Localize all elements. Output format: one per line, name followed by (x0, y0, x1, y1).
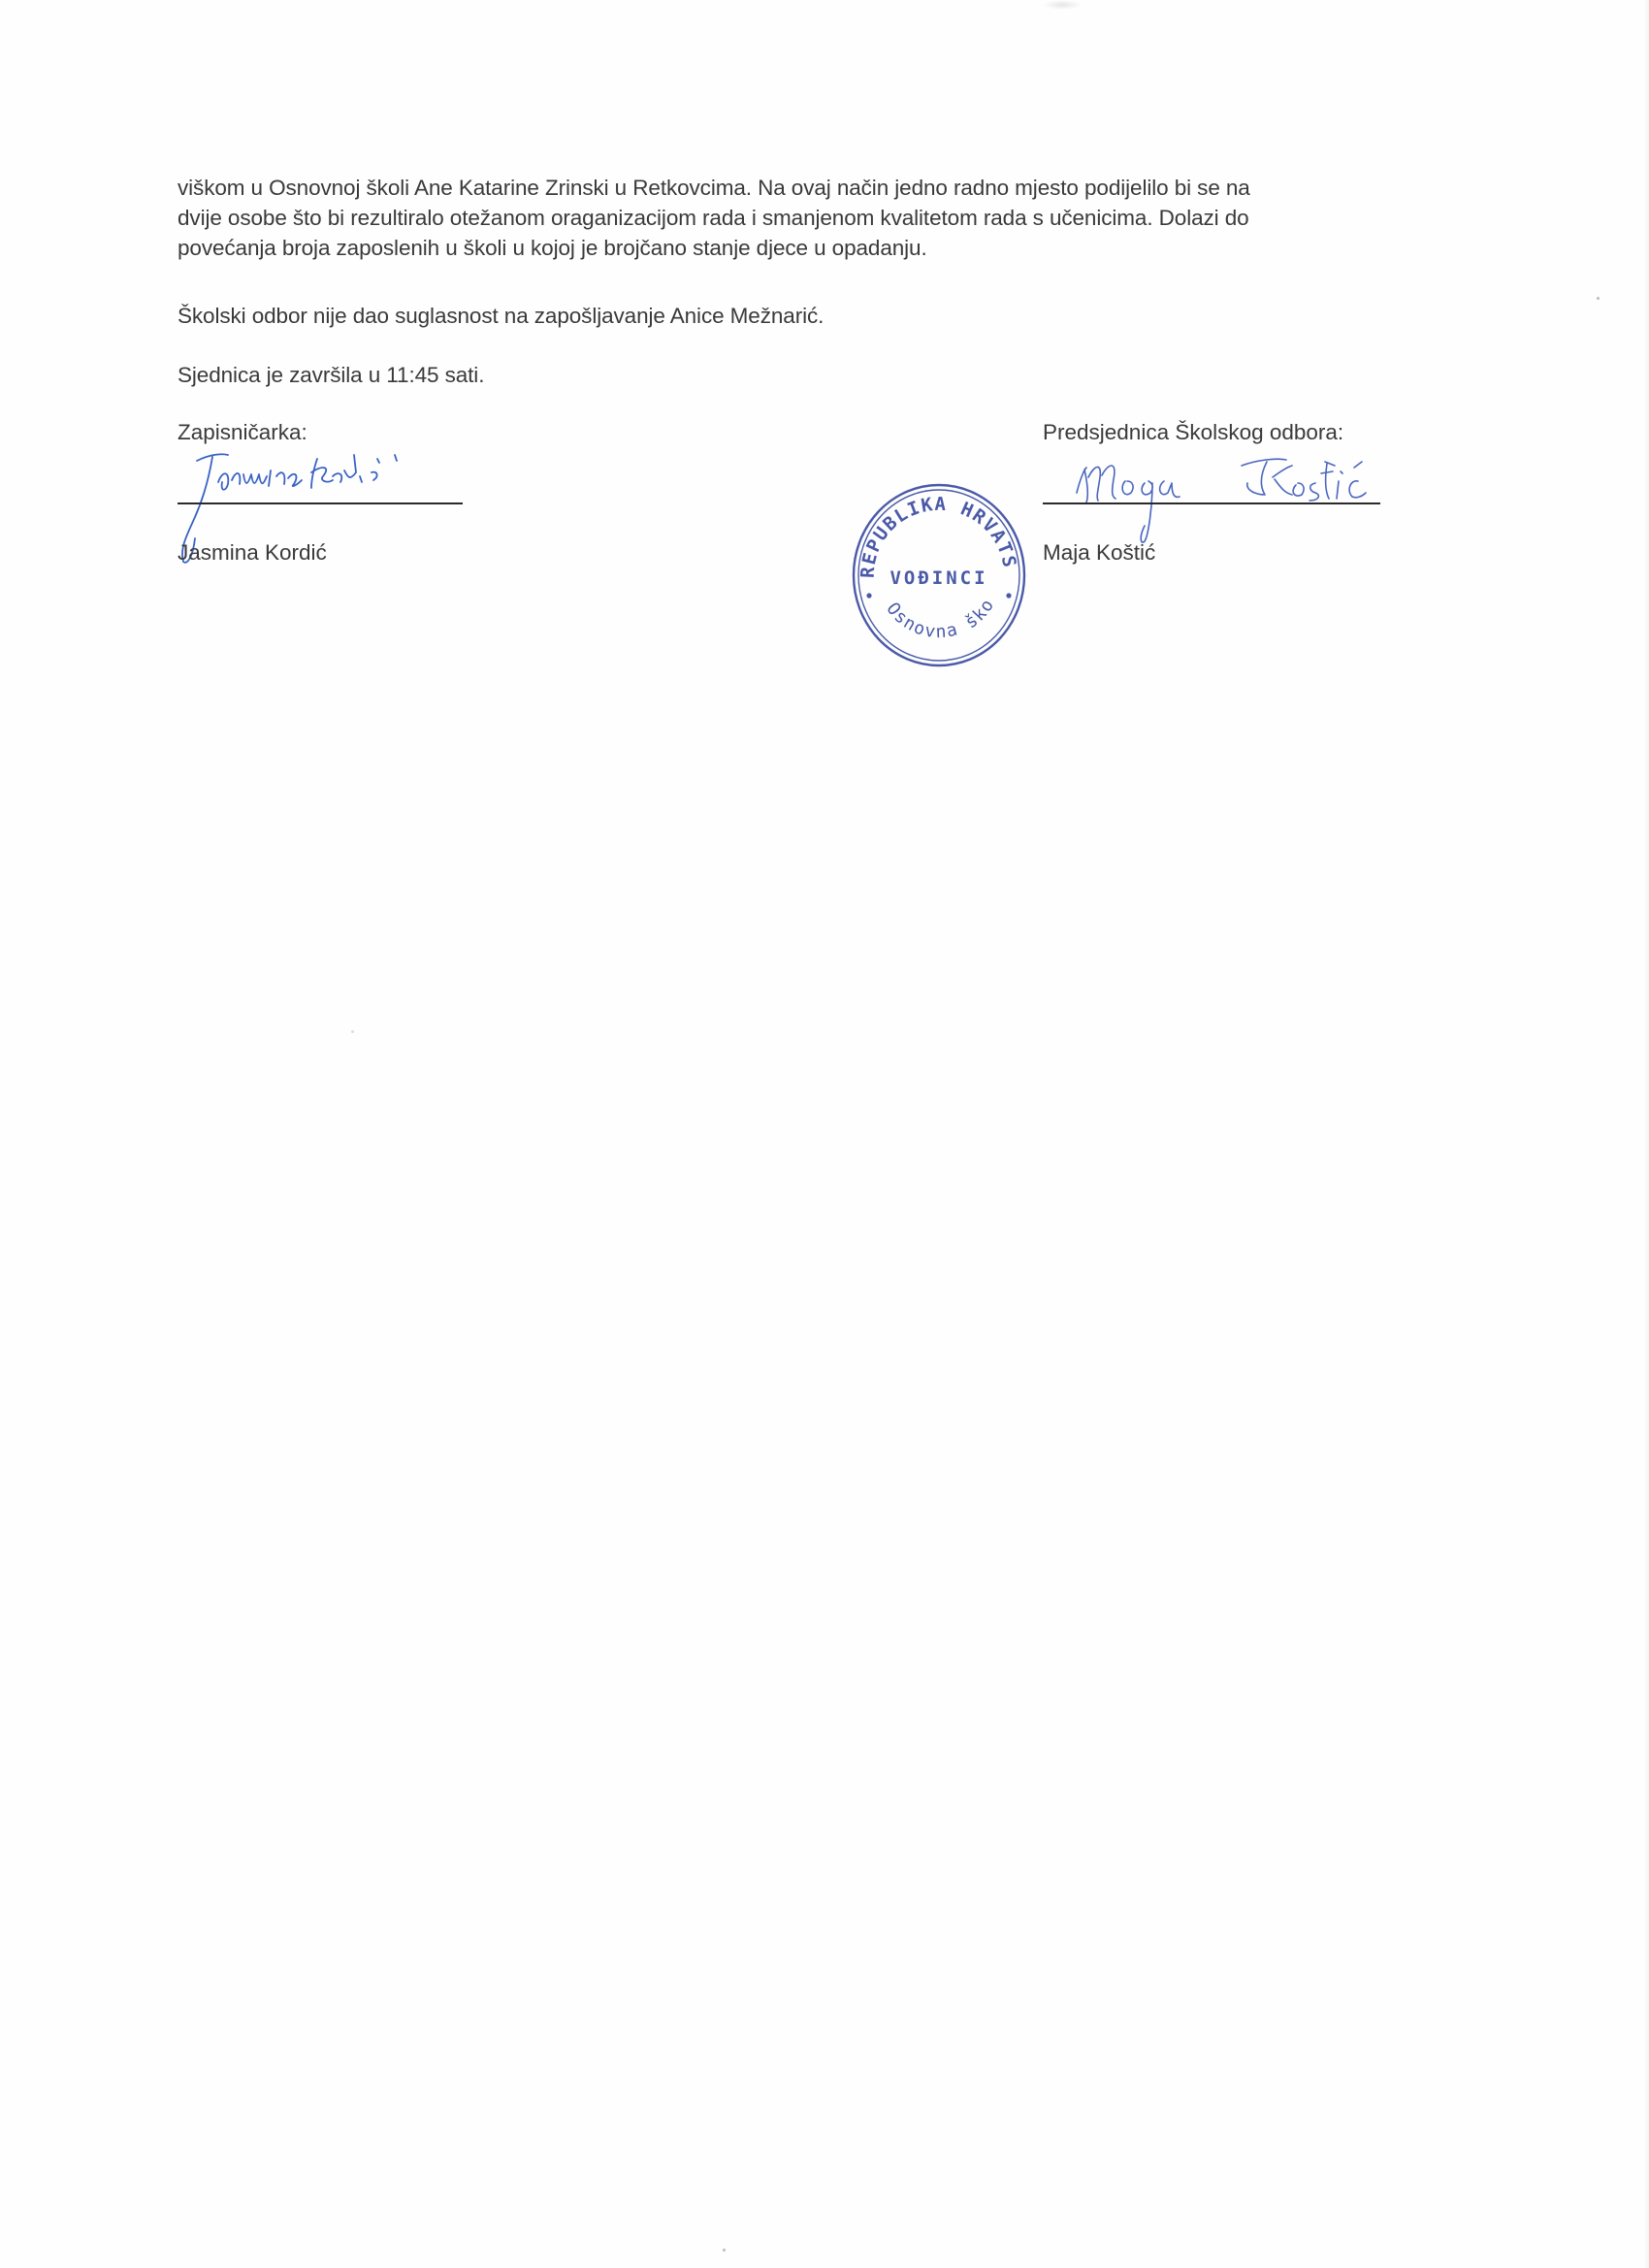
recorder-signature-line (178, 502, 463, 504)
page-edge-shadow (1643, 0, 1649, 2268)
scan-speck (1597, 297, 1600, 300)
scan-smudge (1043, 0, 1082, 10)
paragraph-line: viškom u Osnovnoj školi Ane Katarine Zri… (178, 173, 1419, 203)
recorder-name: Jasmina Kordić (178, 539, 327, 567)
president-label: Predsjednica Školskog odbora: (1043, 419, 1343, 446)
scan-speck (723, 2249, 726, 2252)
paragraph-line: povećanja broja zaposlenih u školi u koj… (178, 233, 1419, 263)
paragraph-decision-reason: viškom u Osnovnoj školi Ane Katarine Zri… (178, 173, 1419, 263)
document-page: viškom u Osnovnoj školi Ane Katarine Zri… (0, 0, 1649, 2268)
scan-speck (351, 1030, 354, 1033)
paragraph-line: dvije osobe što bi rezultiralo otežanom … (178, 203, 1419, 233)
president-name: Maja Koštić (1043, 539, 1155, 567)
paragraph-decision: Školski odbor nije dao suglasnost na zap… (178, 301, 824, 331)
paragraph-session-end: Sjednica je završila u 11:45 sati. (178, 360, 484, 390)
school-stamp: REPUBLIKA HRVATSKA VOĐINCI Osnovna škola (847, 475, 1031, 669)
president-signature-line (1043, 502, 1380, 504)
stamp-center-text: VOĐINCI (889, 567, 987, 589)
